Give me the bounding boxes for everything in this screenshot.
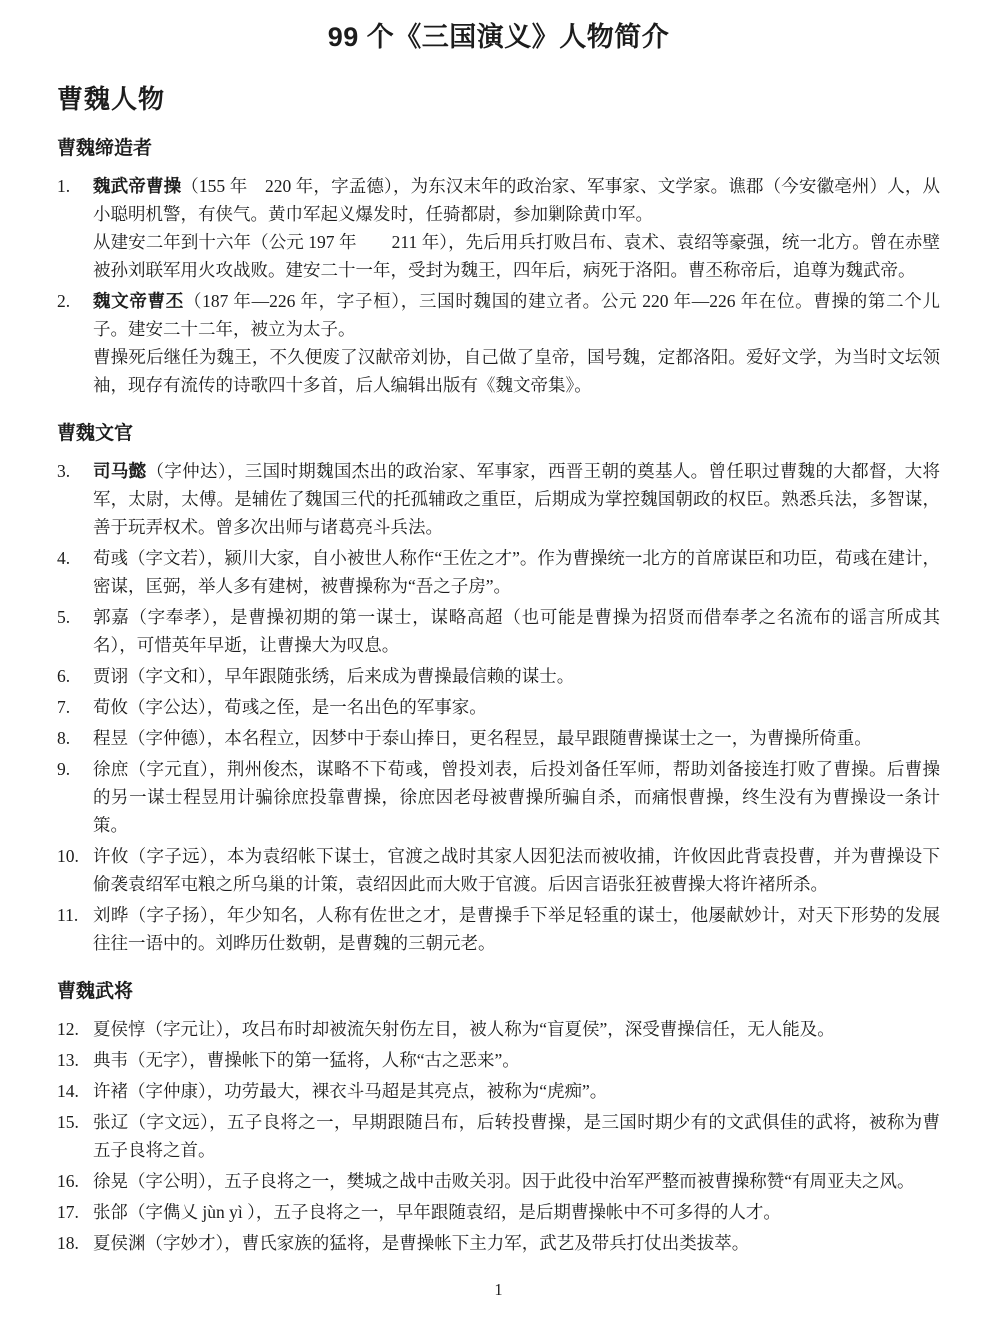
- character-description: （字子远），本为袁绍帐下谋士，官渡之战时其家人因犯法而被收捕，许攸因此背袁投曹，…: [93, 846, 940, 894]
- character-name: 徐晃: [93, 1171, 128, 1191]
- character-description: （字元直），荆州俊杰，谋略不下荀彧，曾投刘表，后投刘备任军师，帮助刘备接连打败了…: [93, 759, 940, 835]
- item-text: 张辽（字文远），五子良将之一，早期跟随吕布，后转投曹操，是三国时期少有的文武俱佳…: [93, 1108, 940, 1164]
- item-number: 15.: [57, 1108, 93, 1164]
- list-item: 4.荀彧（字文若），颍川大家，自小被世人称作“王佐之才”。作为曹操统一北方的首席…: [57, 544, 940, 600]
- item-number: 11.: [57, 901, 93, 957]
- list-item: 10.许攸（字子远），本为袁绍帐下谋士，官渡之战时其家人因犯法而被收捕，许攸因此…: [57, 842, 940, 898]
- character-description: （字仲德），本名程立，因梦中于泰山捧日，更名程昱，最早跟随曹操谋士之一，为曹操所…: [128, 728, 872, 748]
- item-paragraph: 徐庶（字元直），荆州俊杰，谋略不下荀彧，曾投刘表，后投刘备任军师，帮助刘备接连打…: [93, 755, 940, 839]
- list-item: 17.张郃（字儁乂 jùn yì ），五子良将之一，早年跟随袁绍，是后期曹操帐中…: [57, 1198, 940, 1226]
- list-item: 9.徐庶（字元直），荆州俊杰，谋略不下荀彧，曾投刘表，后投刘备任军师，帮助刘备接…: [57, 755, 940, 839]
- item-paragraph: 郭嘉（字奉孝），是曹操初期的第一谋士，谋略高超（也可能是曹操为招贤而借奉孝之名流…: [93, 603, 940, 659]
- character-description: （字文若），颍川大家，自小被世人称作“王佐之才”。作为曹操统一北方的首席谋臣和功…: [93, 548, 940, 596]
- item-number: 5.: [57, 603, 93, 659]
- character-name: 许攸: [93, 846, 129, 866]
- item-paragraph: 荀彧（字文若），颍川大家，自小被世人称作“王佐之才”。作为曹操统一北方的首席谋臣…: [93, 544, 940, 600]
- list-item: 7.荀攸（字公达），荀彧之侄，是一名出色的军事家。: [57, 693, 940, 721]
- item-number: 18.: [57, 1229, 93, 1257]
- character-name: 程昱: [93, 728, 128, 748]
- character-description: （字儁乂 jùn yì ），五子良将之一，早年跟随袁绍，是后期曹操帐中不可多得的…: [128, 1202, 781, 1222]
- item-text: 夏侯惇（字元让），攻吕布时却被流矢射伤左目，被人称为“盲夏侯”，深受曹操信任，无…: [93, 1015, 940, 1043]
- character-description: （字妙才），曹氏家族的猛将，是曹操帐下主力军，武艺及带兵打仗出类拔萃。: [146, 1233, 750, 1253]
- character-name: 夏侯渊: [93, 1233, 146, 1253]
- character-description: （字仲康），功劳最大，裸衣斗马超是其亮点，被称为“虎痴”。: [128, 1081, 607, 1101]
- character-name: 荀攸: [93, 697, 128, 717]
- item-paragraph: 张郃（字儁乂 jùn yì ），五子良将之一，早年跟随袁绍，是后期曹操帐中不可多…: [93, 1198, 940, 1226]
- document-title: 99 个《三国演义》人物简介: [57, 20, 940, 54]
- item-paragraph: 曹操死后继任为魏王，不久便废了汉献帝刘协，自己做了皇帝，国号魏，定都洛阳。爱好文…: [93, 343, 940, 399]
- item-paragraph: 贾诩（字文和），早年跟随张绣，后来成为曹操最信赖的谋士。: [93, 662, 940, 690]
- character-name: 许褚: [93, 1081, 128, 1101]
- item-number: 13.: [57, 1046, 93, 1074]
- character-name: 荀彧: [93, 548, 128, 568]
- item-number: 6.: [57, 662, 93, 690]
- item-number: 7.: [57, 693, 93, 721]
- list-item: 11.刘晔（字子扬），年少知名，人称有佐世之才，是曹操手下举足轻重的谋士，他屡献…: [57, 901, 940, 957]
- item-number: 10.: [57, 842, 93, 898]
- item-paragraph: 司马懿（字仲达），三国时期魏国杰出的政治家、军事家，西晋王朝的奠基人。曾任职过曹…: [93, 457, 940, 541]
- item-number: 3.: [57, 457, 93, 541]
- item-number: 1.: [57, 172, 93, 284]
- list-item: 6.贾诩（字文和），早年跟随张绣，后来成为曹操最信赖的谋士。: [57, 662, 940, 690]
- character-name: 典韦: [93, 1050, 128, 1070]
- item-paragraph: 夏侯渊（字妙才），曹氏家族的猛将，是曹操帐下主力军，武艺及带兵打仗出类拔萃。: [93, 1229, 940, 1257]
- item-number: 17.: [57, 1198, 93, 1226]
- list-item: 2.魏文帝曹丕（187 年—226 年，字子桓），三国时魏国的建立者。公元 22…: [57, 287, 940, 399]
- item-text: 许褚（字仲康），功劳最大，裸衣斗马超是其亮点，被称为“虎痴”。: [93, 1077, 940, 1105]
- character-name: 魏武帝曹操: [93, 176, 181, 196]
- character-name: 郭嘉: [93, 607, 129, 627]
- list-item: 8.程昱（字仲德），本名程立，因梦中于泰山捧日，更名程昱，最早跟随曹操谋士之一，…: [57, 724, 940, 752]
- item-text: 贾诩（字文和），早年跟随张绣，后来成为曹操最信赖的谋士。: [93, 662, 940, 690]
- character-description: （字文和），早年跟随张绣，后来成为曹操最信赖的谋士。: [128, 666, 574, 686]
- list-item: 18.夏侯渊（字妙才），曹氏家族的猛将，是曹操帐下主力军，武艺及带兵打仗出类拔萃…: [57, 1229, 940, 1257]
- item-list: 3.司马懿（字仲达），三国时期魏国杰出的政治家、军事家，西晋王朝的奠基人。曾任职…: [57, 457, 940, 957]
- item-paragraph: 程昱（字仲德），本名程立，因梦中于泰山捧日，更名程昱，最早跟随曹操谋士之一，为曹…: [93, 724, 940, 752]
- character-name: 司马懿: [93, 461, 147, 481]
- character-name: 魏文帝曹丕: [93, 291, 184, 311]
- item-text: 许攸（字子远），本为袁绍帐下谋士，官渡之战时其家人因犯法而被收捕，许攸因此背袁投…: [93, 842, 940, 898]
- list-item: 1.魏武帝曹操（155 年 220 年，字孟德），为东汉末年的政治家、军事家、文…: [57, 172, 940, 284]
- item-text: 徐晃（字公明），五子良将之一，樊城之战中击败关羽。因于此役中治军严整而被曹操称赞…: [93, 1167, 940, 1195]
- character-description: （字子扬），年少知名，人称有佐世之才，是曹操手下举足轻重的谋士，他屡献妙计，对天…: [93, 905, 940, 953]
- subsection-heading: 曹魏武将: [57, 980, 940, 1004]
- list-item: 15.张辽（字文远），五子良将之一，早期跟随吕布，后转投曹操，是三国时期少有的文…: [57, 1108, 940, 1164]
- item-text: 荀彧（字文若），颍川大家，自小被世人称作“王佐之才”。作为曹操统一北方的首席谋臣…: [93, 544, 940, 600]
- item-text: 刘晔（字子扬），年少知名，人称有佐世之才，是曹操手下举足轻重的谋士，他屡献妙计，…: [93, 901, 940, 957]
- subsection-heading: 曹魏缔造者: [57, 137, 940, 161]
- character-description: （155 年 220 年，字孟德），为东汉末年的政治家、军事家、文学家。谯郡（今…: [93, 176, 940, 224]
- character-name: 夏侯惇: [93, 1019, 146, 1039]
- character-description: （187 年—226 年，字子桓），三国时魏国的建立者。公元 220 年—226…: [93, 291, 940, 339]
- item-text: 夏侯渊（字妙才），曹氏家族的猛将，是曹操帐下主力军，武艺及带兵打仗出类拔萃。: [93, 1229, 940, 1257]
- document-page: 99 个《三国演义》人物简介 曹魏人物曹魏缔造者1.魏武帝曹操（155 年 22…: [0, 0, 997, 1320]
- item-text: 张郃（字儁乂 jùn yì ），五子良将之一，早年跟随袁绍，是后期曹操帐中不可多…: [93, 1198, 940, 1226]
- character-name: 刘晔: [93, 905, 129, 925]
- item-list: 12.夏侯惇（字元让），攻吕布时却被流矢射伤左目，被人称为“盲夏侯”，深受曹操信…: [57, 1015, 940, 1257]
- item-paragraph: 从建安二年到十六年（公元 197 年 211 年），先后用兵打败吕布、袁术、袁绍…: [93, 228, 940, 284]
- item-number: 8.: [57, 724, 93, 752]
- list-item: 13.典韦（无字），曹操帐下的第一猛将，人称“古之恶来”。: [57, 1046, 940, 1074]
- item-number: 16.: [57, 1167, 93, 1195]
- item-number: 14.: [57, 1077, 93, 1105]
- item-paragraph: 夏侯惇（字元让），攻吕布时却被流矢射伤左目，被人称为“盲夏侯”，深受曹操信任，无…: [93, 1015, 940, 1043]
- character-description: （字公达），荀彧之侄，是一名出色的军事家。: [128, 697, 487, 717]
- character-name: 贾诩: [93, 666, 128, 686]
- list-item: 5.郭嘉（字奉孝），是曹操初期的第一谋士，谋略高超（也可能是曹操为招贤而借奉孝之…: [57, 603, 940, 659]
- item-paragraph: 徐晃（字公明），五子良将之一，樊城之战中击败关羽。因于此役中治军严整而被曹操称赞…: [93, 1167, 940, 1195]
- item-text: 荀攸（字公达），荀彧之侄，是一名出色的军事家。: [93, 693, 940, 721]
- character-description: （字公明），五子良将之一，樊城之战中击败关羽。因于此役中治军严整而被曹操称赞“有…: [128, 1171, 915, 1191]
- item-text: 司马懿（字仲达），三国时期魏国杰出的政治家、军事家，西晋王朝的奠基人。曾任职过曹…: [93, 457, 940, 541]
- list-item: 3.司马懿（字仲达），三国时期魏国杰出的政治家、军事家，西晋王朝的奠基人。曾任职…: [57, 457, 940, 541]
- item-number: 9.: [57, 755, 93, 839]
- character-description: （字仲达），三国时期魏国杰出的政治家、军事家，西晋王朝的奠基人。曾任职过曹魏的大…: [93, 461, 940, 537]
- item-paragraph: 刘晔（字子扬），年少知名，人称有佐世之才，是曹操手下举足轻重的谋士，他屡献妙计，…: [93, 901, 940, 957]
- item-text: 徐庶（字元直），荆州俊杰，谋略不下荀彧，曾投刘表，后投刘备任军师，帮助刘备接连打…: [93, 755, 940, 839]
- character-description: （字元让），攻吕布时却被流矢射伤左目，被人称为“盲夏侯”，深受曹操信任，无人能及…: [146, 1019, 835, 1039]
- item-paragraph: 张辽（字文远），五子良将之一，早期跟随吕布，后转投曹操，是三国时期少有的文武俱佳…: [93, 1108, 940, 1164]
- item-text: 典韦（无字），曹操帐下的第一猛将，人称“古之恶来”。: [93, 1046, 940, 1074]
- item-list: 1.魏武帝曹操（155 年 220 年，字孟德），为东汉末年的政治家、军事家、文…: [57, 172, 940, 399]
- item-paragraph: 许攸（字子远），本为袁绍帐下谋士，官渡之战时其家人因犯法而被收捕，许攸因此背袁投…: [93, 842, 940, 898]
- item-number: 4.: [57, 544, 93, 600]
- item-text: 郭嘉（字奉孝），是曹操初期的第一谋士，谋略高超（也可能是曹操为招贤而借奉孝之名流…: [93, 603, 940, 659]
- character-name: 张郃: [93, 1202, 128, 1222]
- page-number: 1: [0, 1280, 997, 1300]
- item-text: 魏文帝曹丕（187 年—226 年，字子桓），三国时魏国的建立者。公元 220 …: [93, 287, 940, 399]
- item-number: 2.: [57, 287, 93, 399]
- subsection-heading: 曹魏文官: [57, 422, 940, 446]
- character-description: （字文远），五子良将之一，早期跟随吕布，后转投曹操，是三国时期少有的文武俱佳的武…: [93, 1112, 940, 1160]
- character-name: 张辽: [93, 1112, 129, 1132]
- document-content: 曹魏人物曹魏缔造者1.魏武帝曹操（155 年 220 年，字孟德），为东汉末年的…: [57, 84, 940, 1257]
- list-item: 14.许褚（字仲康），功劳最大，裸衣斗马超是其亮点，被称为“虎痴”。: [57, 1077, 940, 1105]
- item-number: 12.: [57, 1015, 93, 1043]
- character-description: （无字），曹操帐下的第一猛将，人称“古之恶来”。: [128, 1050, 520, 1070]
- item-paragraph: 魏文帝曹丕（187 年—226 年，字子桓），三国时魏国的建立者。公元 220 …: [93, 287, 940, 343]
- item-paragraph: 许褚（字仲康），功劳最大，裸衣斗马超是其亮点，被称为“虎痴”。: [93, 1077, 940, 1105]
- item-text: 程昱（字仲德），本名程立，因梦中于泰山捧日，更名程昱，最早跟随曹操谋士之一，为曹…: [93, 724, 940, 752]
- item-text: 魏武帝曹操（155 年 220 年，字孟德），为东汉末年的政治家、军事家、文学家…: [93, 172, 940, 284]
- list-item: 16.徐晃（字公明），五子良将之一，樊城之战中击败关羽。因于此役中治军严整而被曹…: [57, 1167, 940, 1195]
- list-item: 12.夏侯惇（字元让），攻吕布时却被流矢射伤左目，被人称为“盲夏侯”，深受曹操信…: [57, 1015, 940, 1043]
- item-paragraph: 荀攸（字公达），荀彧之侄，是一名出色的军事家。: [93, 693, 940, 721]
- character-name: 徐庶: [93, 759, 129, 779]
- section-heading: 曹魏人物: [57, 84, 940, 114]
- item-paragraph: 魏武帝曹操（155 年 220 年，字孟德），为东汉末年的政治家、军事家、文学家…: [93, 172, 940, 228]
- character-description: （字奉孝），是曹操初期的第一谋士，谋略高超（也可能是曹操为招贤而借奉孝之名流布的…: [93, 607, 940, 655]
- item-paragraph: 典韦（无字），曹操帐下的第一猛将，人称“古之恶来”。: [93, 1046, 940, 1074]
